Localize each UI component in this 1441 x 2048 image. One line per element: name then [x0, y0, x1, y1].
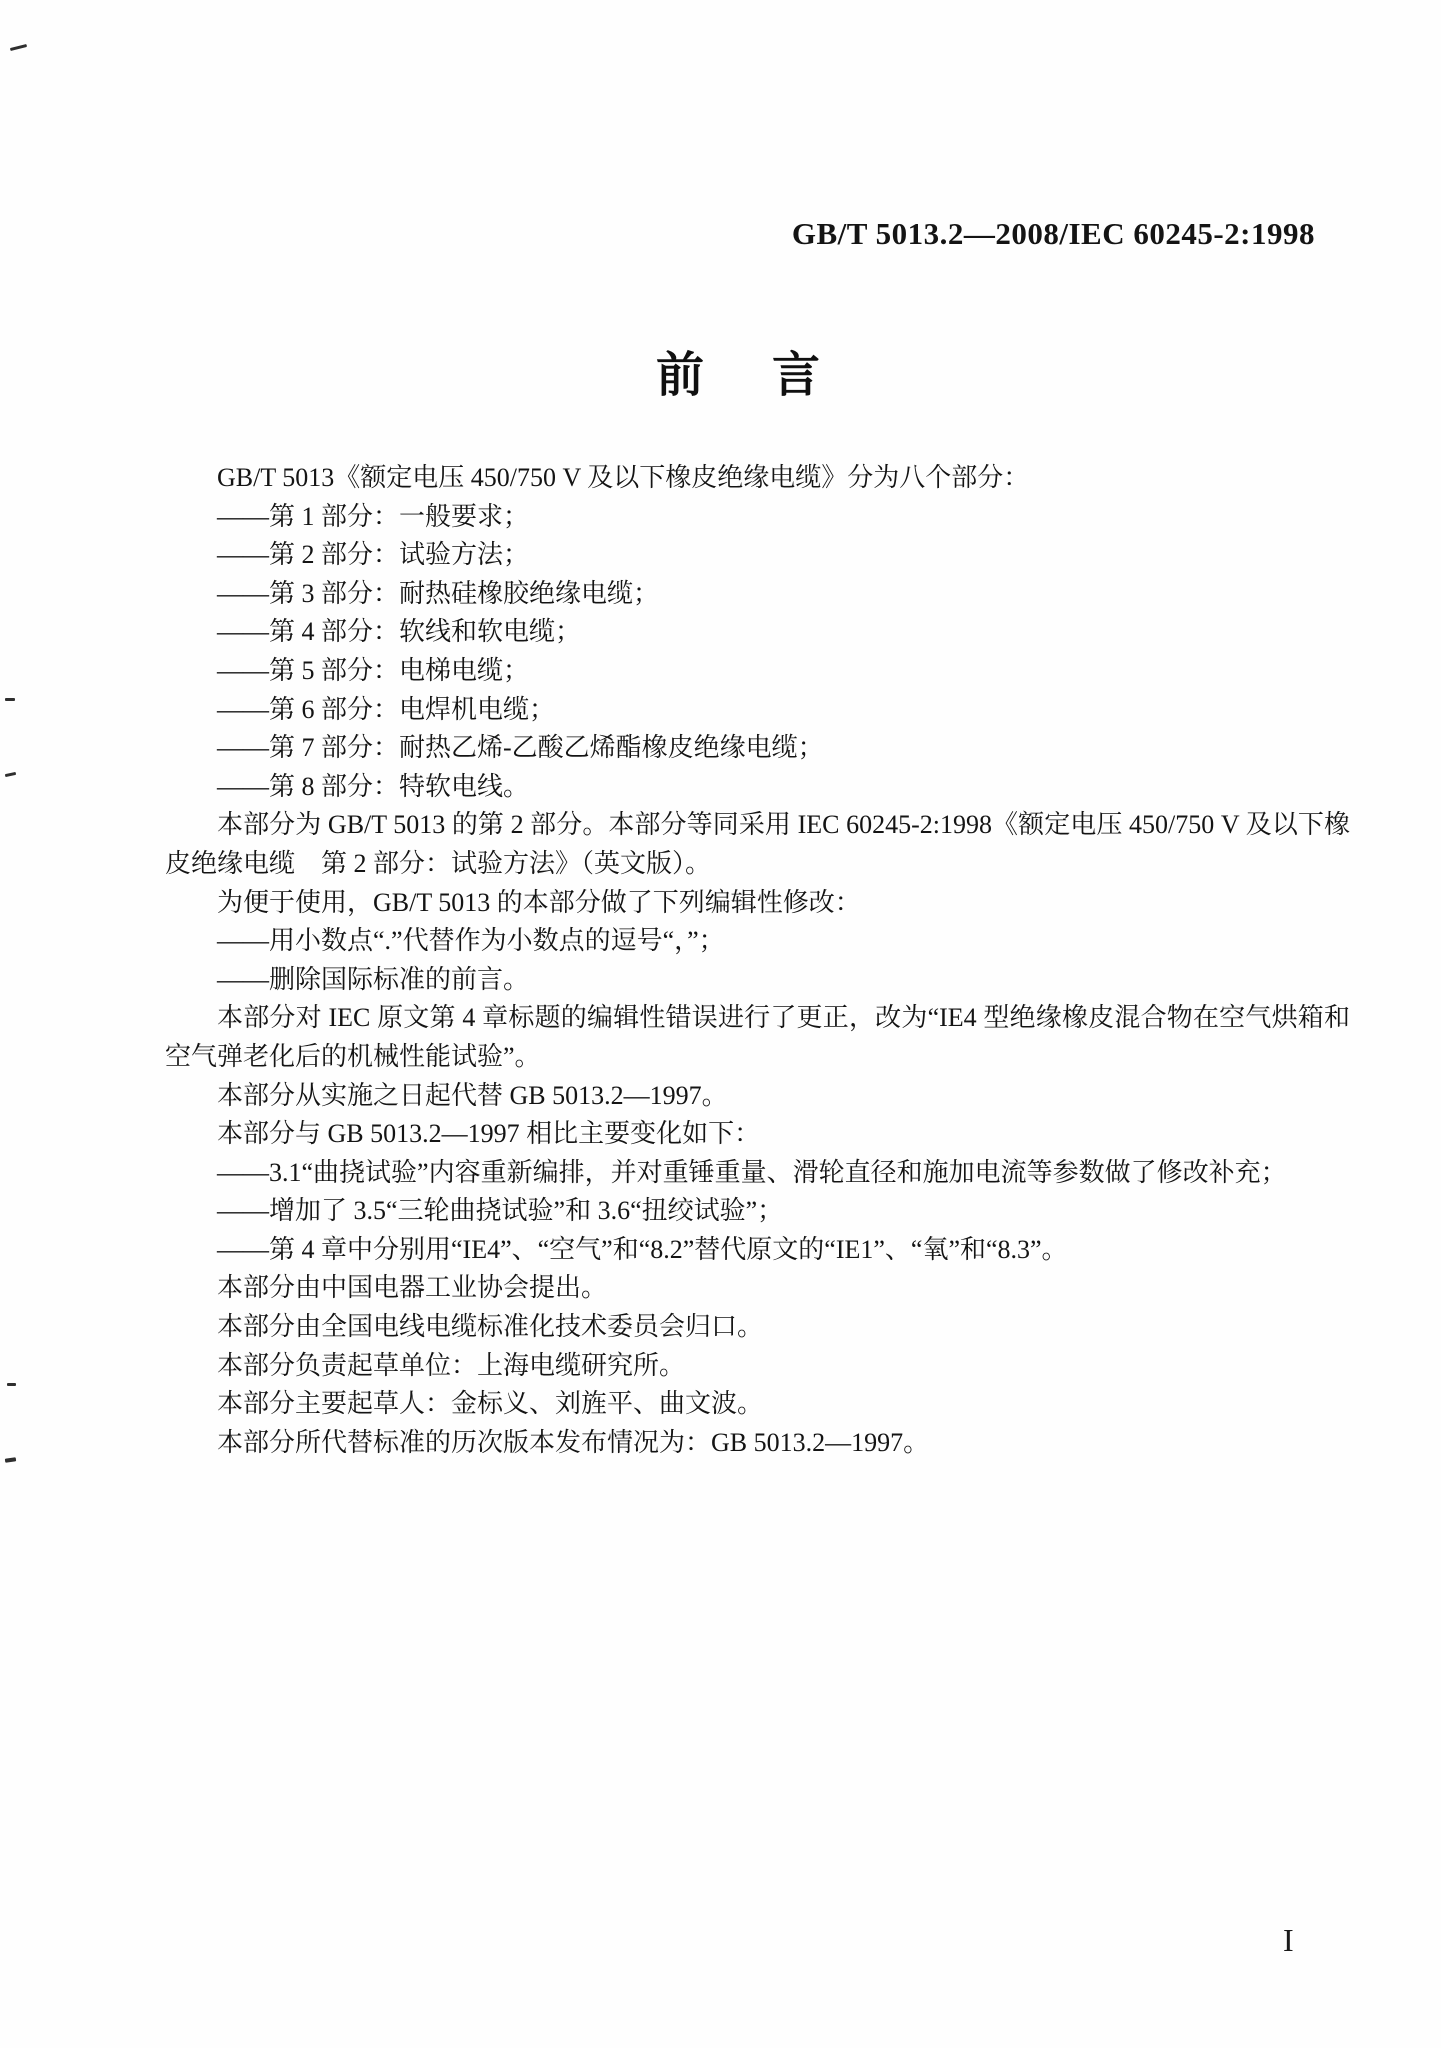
paragraph-part-3: ——第 3 部分：耐热硅橡胶绝缘电缆； — [165, 575, 1350, 614]
document-page: GB/T 5013.2—2008/IEC 60245-2:1998 前 言 GB… — [0, 0, 1441, 2048]
paragraph-changes-intro: 本部分与 GB 5013.2—1997 相比主要变化如下： — [165, 1115, 1350, 1154]
page-title-char-first: 前 — [656, 336, 704, 405]
paragraph-part-2: ——第 2 部分：试验方法； — [165, 536, 1350, 575]
paragraph-part-6: ——第 6 部分：电焊机电缆； — [165, 691, 1350, 730]
paragraph-part-7: ——第 7 部分：耐热乙烯-乙酸乙烯酯橡皮绝缘电缆； — [165, 729, 1350, 768]
paragraph-editorial-item-1: ——用小数点“.”代替作为小数点的逗号“，”； — [165, 922, 1350, 961]
paragraph-change-item-3: ——第 4 章中分别用“IE4”、“空气”和“8.2”替代原文的“IE1”、“氧… — [165, 1231, 1350, 1270]
paragraph-previous-editions: 本部分所代替标准的历次版本发布情况为：GB 5013.2—1997。 — [165, 1424, 1350, 1463]
scan-artifact-mark — [7, 1383, 16, 1386]
standard-number-header: GB/T 5013.2—2008/IEC 60245-2:1998 — [0, 216, 1315, 252]
paragraph-correction: 本部分对 IEC 原文第 4 章标题的编辑性错误进行了更正，改为“IE4 型绝缘… — [165, 999, 1350, 1076]
paragraph-part-8: ——第 8 部分：特软电线。 — [165, 768, 1350, 807]
paragraph-editorial-intro: 为便于使用，GB/T 5013 的本部分做了下列编辑性修改： — [165, 884, 1350, 923]
paragraph-adoption: 本部分为 GB/T 5013 的第 2 部分。本部分等同采用 IEC 60245… — [165, 806, 1350, 883]
paragraph-proposed-by: 本部分由中国电器工业协会提出。 — [165, 1269, 1350, 1308]
paragraph-drafting-org: 本部分负责起草单位：上海电缆研究所。 — [165, 1347, 1350, 1386]
paragraph-intro: GB/T 5013《额定电压 450/750 V 及以下橡皮绝缘电缆》分为八个部… — [165, 459, 1350, 498]
paragraph-editorial-item-2: ——删除国际标准的前言。 — [165, 961, 1350, 1000]
paragraph-change-item-1: ——3.1“曲挠试验”内容重新编排，并对重锤重量、滑轮直径和施加电流等参数做了修… — [165, 1154, 1350, 1193]
paragraph-part-4: ——第 4 部分：软线和软电缆； — [165, 613, 1350, 652]
foreword-body: GB/T 5013《额定电压 450/750 V 及以下橡皮绝缘电缆》分为八个部… — [165, 459, 1350, 1462]
scan-artifact-mark — [10, 44, 27, 51]
paragraph-replaces: 本部分从实施之日起代替 GB 5013.2—1997。 — [165, 1077, 1350, 1116]
page-number: I — [1283, 1922, 1294, 1959]
scan-artifact-mark — [5, 698, 15, 701]
paragraph-part-1: ——第 1 部分：一般要求； — [165, 498, 1350, 537]
page-title: 前 言 — [128, 336, 1348, 405]
page-title-char-second: 言 — [772, 336, 820, 405]
paragraph-drafters: 本部分主要起草人：金标义、刘旌平、曲文波。 — [165, 1385, 1350, 1424]
paragraph-change-item-2: ——增加了 3.5“三轮曲挠试验”和 3.6“扭绞试验”； — [165, 1192, 1350, 1231]
paragraph-part-5: ——第 5 部分：电梯电缆； — [165, 652, 1350, 691]
scan-artifact-mark — [5, 1457, 16, 1462]
scan-artifact-mark — [5, 772, 16, 777]
paragraph-centralized-by: 本部分由全国电线电缆标准化技术委员会归口。 — [165, 1308, 1350, 1347]
